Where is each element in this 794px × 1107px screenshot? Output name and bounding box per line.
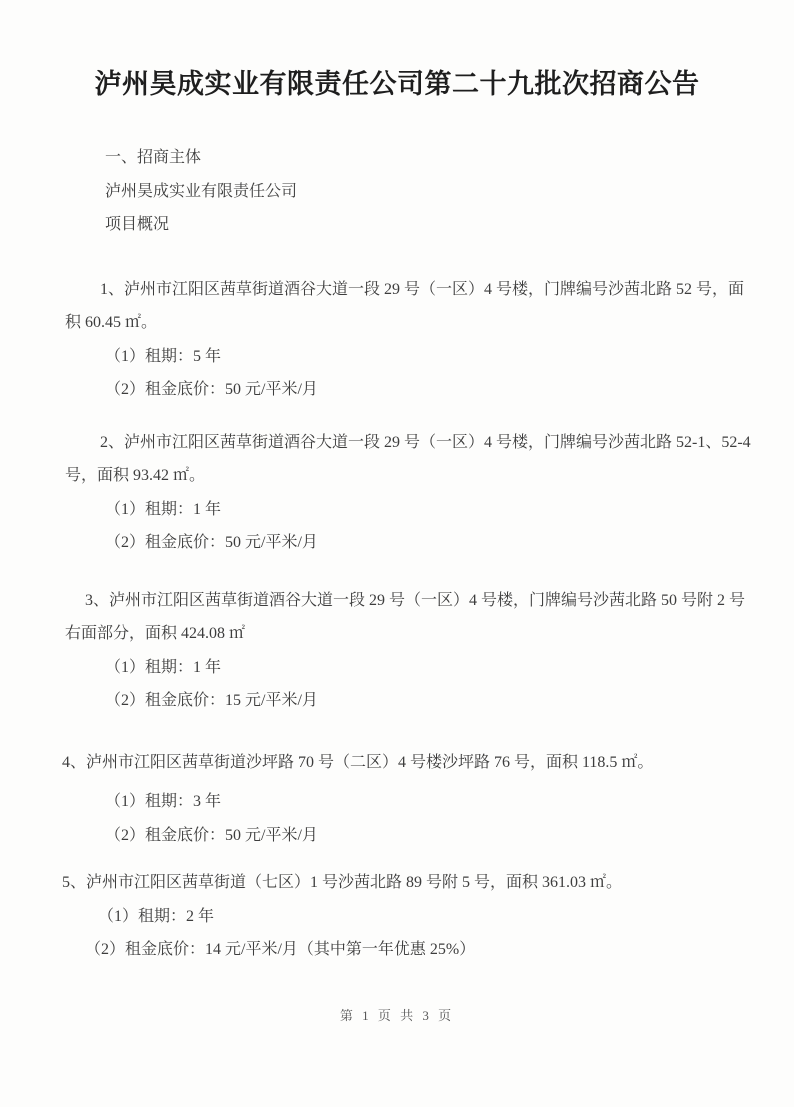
listing-address-line: 4、泸州市江阳区茜草街道沙坪路 70 号（二区）4 号楼沙坪路 76 号，面积 … [62, 746, 731, 780]
listing-address-line: 2、泸州市江阳区茜草街道酒谷大道一段 29 号（一区）4 号楼，门牌编号沙茜北路… [62, 426, 731, 460]
listing-address-line: 号，面积 93.42 ㎡。 [62, 459, 731, 493]
listing-address-line: 右面部分，面积 424.08 ㎡ [62, 617, 731, 651]
section-heading: 一、招商主体 [62, 141, 731, 175]
scanned-document-page: 泸州昊成实业有限责任公司第二十九批次招商公告 一、招商主体 泸州昊成实业有限责任… [0, 0, 794, 1107]
overview-heading: 项目概况 [62, 208, 731, 242]
rent-price-line: （2）租金底价：50 元/平米/月 [62, 819, 731, 853]
lease-term-line: （1）租期：5 年 [62, 340, 731, 374]
listing-address-line: 5、泸州市江阳区茜草街道（七区）1 号沙茜北路 89 号附 5 号，面积 361… [62, 866, 731, 900]
listing-item-4: 4、泸州市江阳区茜草街道沙坪路 70 号（二区）4 号楼沙坪路 76 号，面积 … [62, 746, 731, 853]
intro-section: 一、招商主体 泸州昊成实业有限责任公司 项目概况 [62, 141, 731, 242]
rent-price-line: （2）租金底价：50 元/平米/月 [62, 526, 731, 560]
listing-address-line: 3、泸州市江阳区茜草街道酒谷大道一段 29 号（一区）4 号楼，门牌编号沙茜北路… [62, 584, 731, 618]
lease-term-line: （1）租期：2 年 [62, 900, 731, 934]
lease-term-line: （1）租期：1 年 [62, 651, 731, 685]
rent-price-line: （2）租金底价：50 元/平米/月 [62, 373, 731, 407]
rent-price-line: （2）租金底价：15 元/平米/月 [62, 684, 731, 718]
company-name: 泸州昊成实业有限责任公司 [62, 175, 731, 209]
lease-term-line: （1）租期：3 年 [62, 785, 731, 819]
rent-price-line: （2）租金底价：14 元/平米/月（其中第一年优惠 25%） [62, 933, 731, 967]
lease-term-line: （1）租期：1 年 [62, 493, 731, 527]
listing-address-line: 积 60.45 ㎡。 [62, 306, 731, 340]
listing-item-5: 5、泸州市江阳区茜草街道（七区）1 号沙茜北路 89 号附 5 号，面积 361… [62, 866, 731, 967]
listing-item-1: 1、泸州市江阳区茜草街道酒谷大道一段 29 号（一区）4 号楼，门牌编号沙茜北路… [62, 273, 731, 407]
announcement-title: 泸州昊成实业有限责任公司第二十九批次招商公告 [0, 0, 794, 104]
listing-address-line: 1、泸州市江阳区茜草街道酒谷大道一段 29 号（一区）4 号楼，门牌编号沙茜北路… [62, 273, 731, 307]
page-footer: 第 1 页 共 3 页 [0, 1007, 794, 1025]
listing-item-3: 3、泸州市江阳区茜草街道酒谷大道一段 29 号（一区）4 号楼，门牌编号沙茜北路… [62, 584, 731, 718]
listing-item-2: 2、泸州市江阳区茜草街道酒谷大道一段 29 号（一区）4 号楼，门牌编号沙茜北路… [62, 426, 731, 560]
document-body: 一、招商主体 泸州昊成实业有限责任公司 项目概况 1、泸州市江阳区茜草街道酒谷大… [0, 141, 794, 967]
